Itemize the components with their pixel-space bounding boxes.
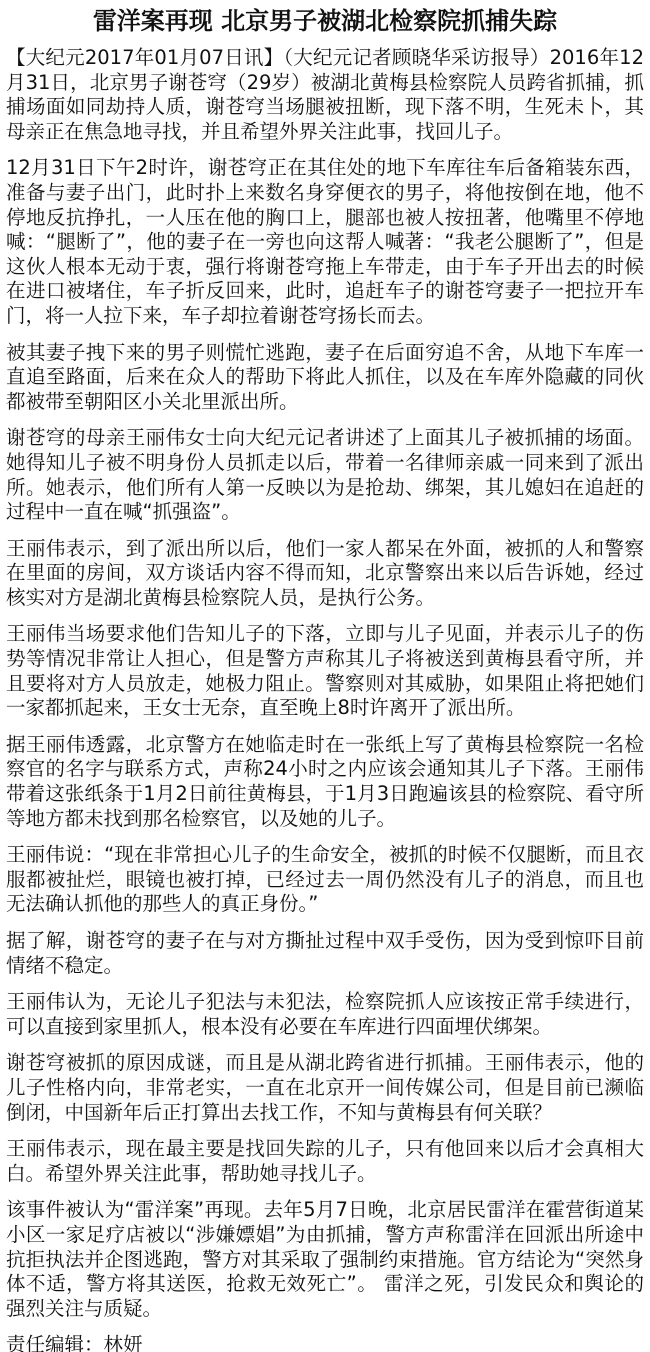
paragraph: 被其妻子拽下来的男子则慌忙逃跑，妻子在后面穷追不舍，从地下车库一直追至路面，后来… bbox=[6, 341, 644, 415]
paragraph: 该事件被认为“雷洋案”再现。去年5月7日晚，北京居民雷洋在霍营街道某小区一家足疗… bbox=[6, 1198, 644, 1321]
paragraph: 谢苍穹被抓的原因成谜，而且是从湖北跨省进行抓捕。王丽伟表示，他的儿子性格内向，非… bbox=[6, 1051, 644, 1125]
paragraph: 谢苍穹的母亲王丽伟女士向大纪元记者讲述了上面其儿子被抓捕的场面。她得知儿子被不明… bbox=[6, 426, 644, 524]
paragraph: 王丽伟表示，到了派出所以后，他们一家人都呆在外面，被抓的人和警察在里面的房间，双… bbox=[6, 537, 644, 611]
paragraph: 王丽伟表示，现在最主要是找回失踪的儿子，只有他回来以后才会真相大白。希望外界关注… bbox=[6, 1137, 644, 1186]
paragraph: 12月31日下午2时许，谢苍穹正在其住处的地下车库往车后备箱装东西，准备与妻子出… bbox=[6, 156, 644, 328]
paragraph: 王丽伟认为，无论儿子犯法与未犯法，检察院抓人应该按正常手续进行，可以直接到家里抓… bbox=[6, 990, 644, 1039]
paragraph: 据了解，谢苍穹的妻子在与对方撕扯过程中双手受伤，因为受到惊吓目前情绪不稳定。 bbox=[6, 929, 644, 978]
article-title: 雷洋案再现 北京男子被湖北检察院抓捕失踪 bbox=[6, 6, 644, 36]
editor-credit: 责任编辑：林妍 bbox=[6, 1333, 644, 1352]
paragraph-quote: 王丽伟说：“现在非常担心儿子的生命安全，被抓的时候不仅腿断，而且衣服都被扯烂，眼… bbox=[6, 843, 644, 917]
paragraph: 王丽伟当场要求他们告知儿子的下落，立即与儿子见面，并表示儿子的伤势等情况非常让人… bbox=[6, 622, 644, 720]
paragraph: 据王丽伟透露，北京警方在她临走时在一张纸上写了黄梅县检察院一名检察官的名字与联系… bbox=[6, 733, 644, 831]
paragraph-lead: 【大纪元2017年01月07日讯】（大纪元记者顾晓华采访报导）2016年12月3… bbox=[6, 46, 644, 144]
article: 雷洋案再现 北京男子被湖北检察院抓捕失踪 【大纪元2017年01月07日讯】（大… bbox=[0, 0, 650, 1352]
